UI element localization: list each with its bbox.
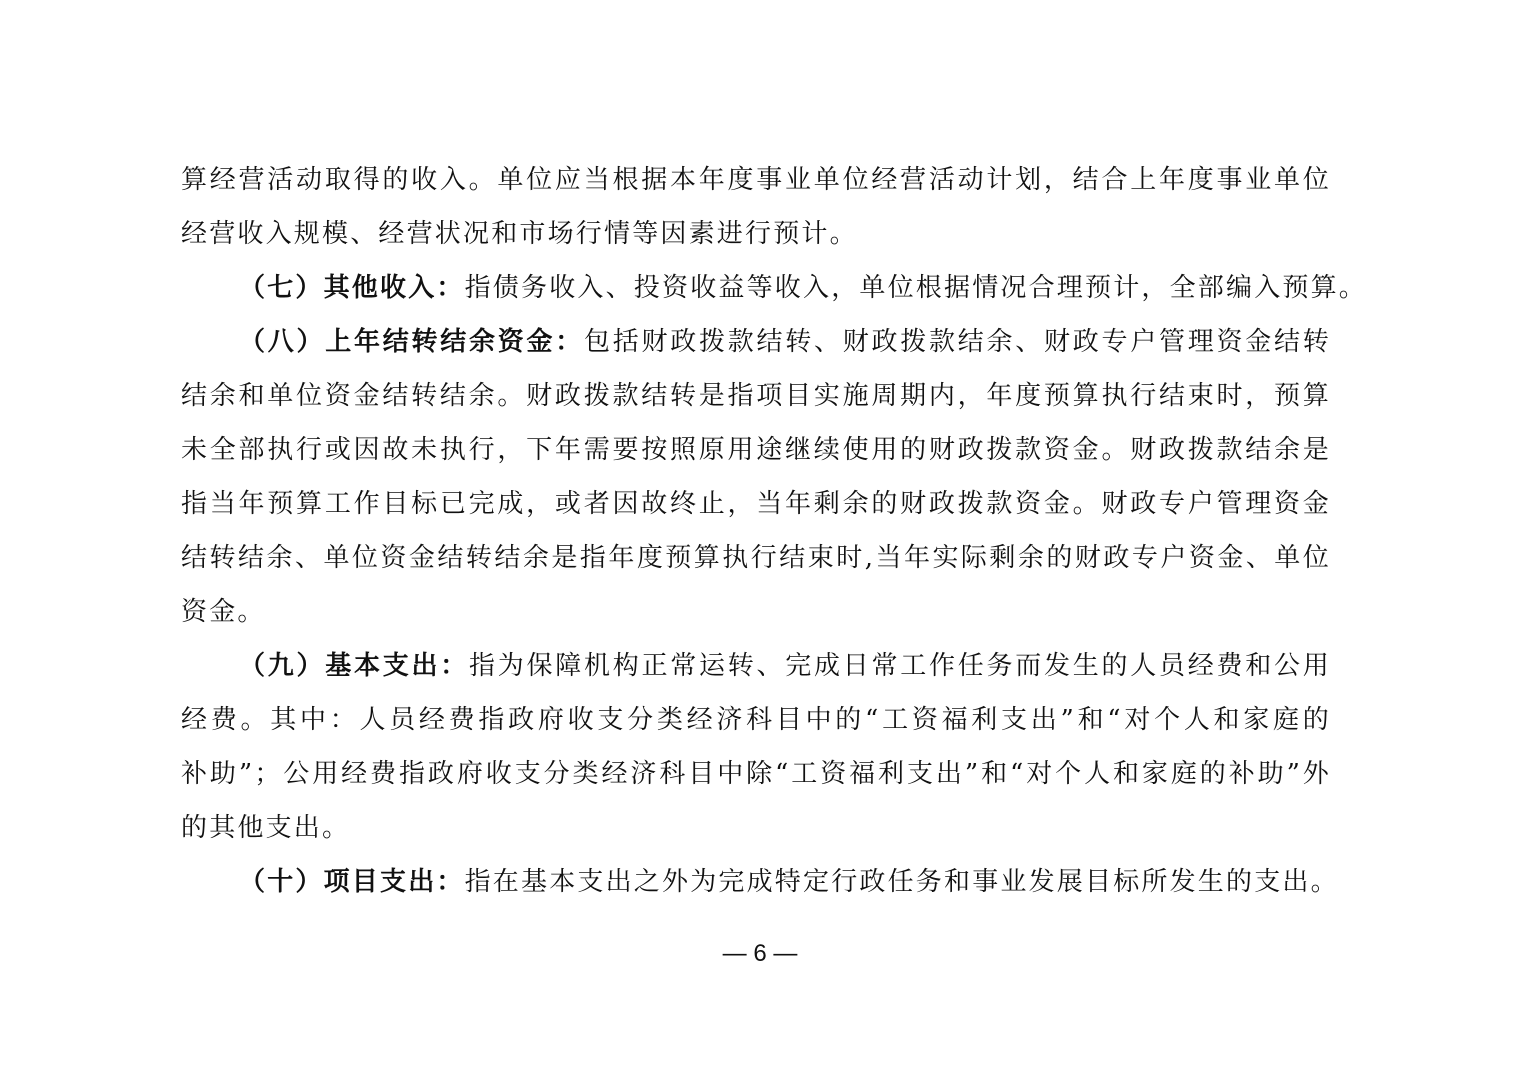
text-line: 经营收入规模、经营状况和市场行情等因素进行预计。 [181,207,1331,261]
page-number: — 6 — [0,940,1520,968]
section-text: 包括财政拨款结转、财政拨款结余、财政专户管理资金结转 [584,327,1331,357]
text-line: 经费。其中：人员经费指政府收支分类经济科目中的“工资福利支出”和“对个人和家庭的 [181,693,1331,747]
text-line: 资金。 [181,585,1331,639]
paragraph-project-expenditure: （十）项目支出：指在基本支出之外为完成特定行政任务和事业发展目标所发生的支出。 [181,855,1331,909]
text-line: （八）上年结转结余资金：包括财政拨款结转、财政拨款结余、财政专户管理资金结转 [181,315,1331,369]
section-heading: （七）其他收入： [239,273,465,303]
text-line: 补助”；公用经费指政府收支分类经济科目中除“工资福利支出”和“对个人和家庭的补助… [181,747,1331,801]
section-text: 指为保障机构正常运转、完成日常工作任务而发生的人员经费和公用 [469,651,1331,681]
text-line: （九）基本支出：指为保障机构正常运转、完成日常工作任务而发生的人员经费和公用 [181,639,1331,693]
text-line: 指当年预算工作目标已完成，或者因故终止，当年剩余的财政拨款资金。财政专户管理资金 [181,477,1331,531]
section-text: 指债务收入、投资收益等收入，单位根据情况合理预计，全部编入预算。 [465,273,1367,303]
section-heading: （九）基本支出： [239,651,469,681]
document-body: 算经营活动取得的收入。单位应当根据本年度事业单位经营活动计划，结合上年度事业单位… [181,153,1331,909]
paragraph-basic-expenditure: （九）基本支出：指为保障机构正常运转、完成日常工作任务而发生的人员经费和公用 经… [181,639,1331,855]
paragraph-business-income-continuation: 算经营活动取得的收入。单位应当根据本年度事业单位经营活动计划，结合上年度事业单位… [181,153,1331,261]
text-line: 的其他支出。 [181,801,1331,855]
text-line: 结余和单位资金结转结余。财政拨款结转是指项目实施周期内，年度预算执行结束时，预算 [181,369,1331,423]
section-text: 指在基本支出之外为完成特定行政任务和事业发展目标所发生的支出。 [465,867,1339,897]
paragraph-carryover-funds: （八）上年结转结余资金：包括财政拨款结转、财政拨款结余、财政专户管理资金结转 结… [181,315,1331,639]
text-line: （七）其他收入：指债务收入、投资收益等收入，单位根据情况合理预计，全部编入预算。 [181,261,1331,315]
text-line: 算经营活动取得的收入。单位应当根据本年度事业单位经营活动计划，结合上年度事业单位 [181,153,1331,207]
section-heading: （十）项目支出： [239,867,465,897]
text-line: 结转结余、单位资金结转结余是指年度预算执行结束时,当年实际剩余的财政专户资金、单… [181,531,1331,585]
paragraph-other-income: （七）其他收入：指债务收入、投资收益等收入，单位根据情况合理预计，全部编入预算。 [181,261,1331,315]
text-line: 未全部执行或因故未执行，下年需要按照原用途继续使用的财政拨款资金。财政拨款结余是 [181,423,1331,477]
section-heading: （八）上年结转结余资金： [239,327,584,357]
text-line: （十）项目支出：指在基本支出之外为完成特定行政任务和事业发展目标所发生的支出。 [181,855,1331,909]
